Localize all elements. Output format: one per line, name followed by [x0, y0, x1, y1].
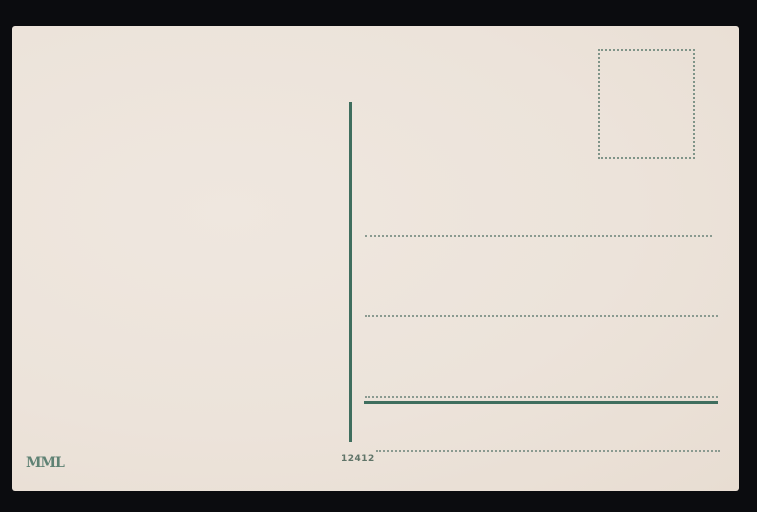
- publisher-logo: MML: [26, 455, 64, 471]
- serial-number: 12412: [341, 454, 375, 464]
- address-line-3: [365, 396, 718, 398]
- message-address-divider: [349, 102, 352, 442]
- address-solid-line: [364, 401, 718, 404]
- address-line-2: [365, 315, 718, 317]
- postcard-back: MML 12412: [12, 26, 739, 491]
- address-line-4: [376, 450, 720, 452]
- address-line-1: [365, 235, 712, 237]
- stamp-box: [598, 49, 695, 159]
